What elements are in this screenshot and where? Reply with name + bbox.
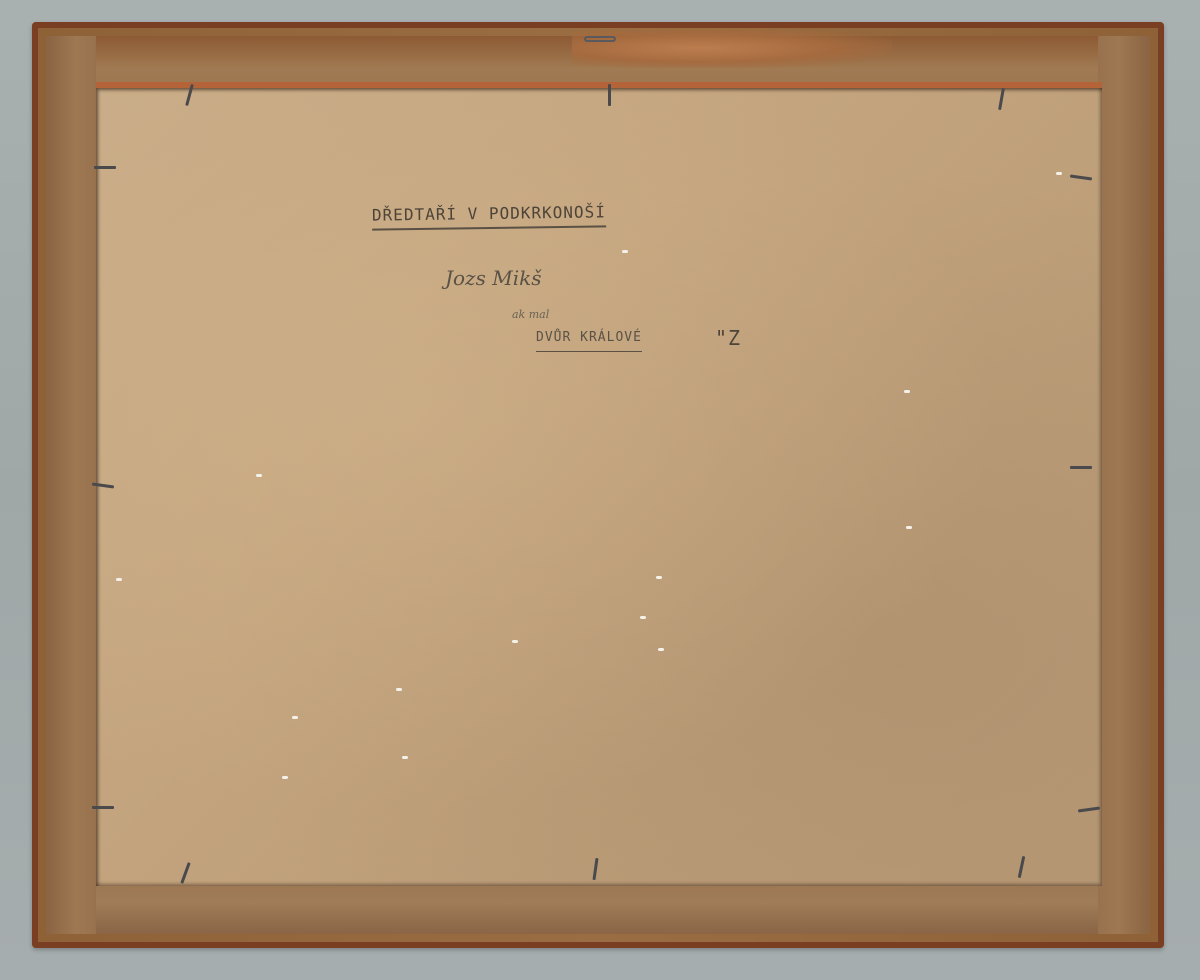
nail-icon <box>1070 466 1092 469</box>
paint-speck <box>292 716 298 719</box>
nail-icon <box>92 806 114 809</box>
photo-scene: DŘEDTAŘÍ V PODKRKONOŠÍ Jozs Mikš ak mal … <box>0 0 1200 980</box>
paint-speck <box>904 390 910 393</box>
paint-speck <box>402 756 408 759</box>
paint-speck <box>622 250 628 253</box>
nail-icon <box>608 84 611 106</box>
paint-speck <box>512 640 518 643</box>
paint-speck <box>640 616 646 619</box>
artist-name-inscription: Jozs Mikš <box>445 266 541 290</box>
paint-speck <box>282 776 288 779</box>
paint-speck <box>116 578 122 581</box>
paint-speck <box>906 526 912 529</box>
hanger-wire-icon <box>584 36 616 42</box>
place-inscription: DVŮR KRÁLOVÉ <box>536 330 642 352</box>
place-prefix-inscription: ak mal <box>512 308 549 321</box>
paint-speck <box>1056 172 1062 175</box>
paint-speck <box>256 474 262 477</box>
place-mark-inscription: "Z <box>715 326 741 350</box>
nail-icon <box>94 166 116 169</box>
paint-speck <box>656 576 662 579</box>
paint-speck <box>396 688 402 691</box>
paint-speck <box>658 648 664 651</box>
painting-title-inscription: DŘEDTAŘÍ V PODKRKONOŠÍ <box>372 202 606 230</box>
